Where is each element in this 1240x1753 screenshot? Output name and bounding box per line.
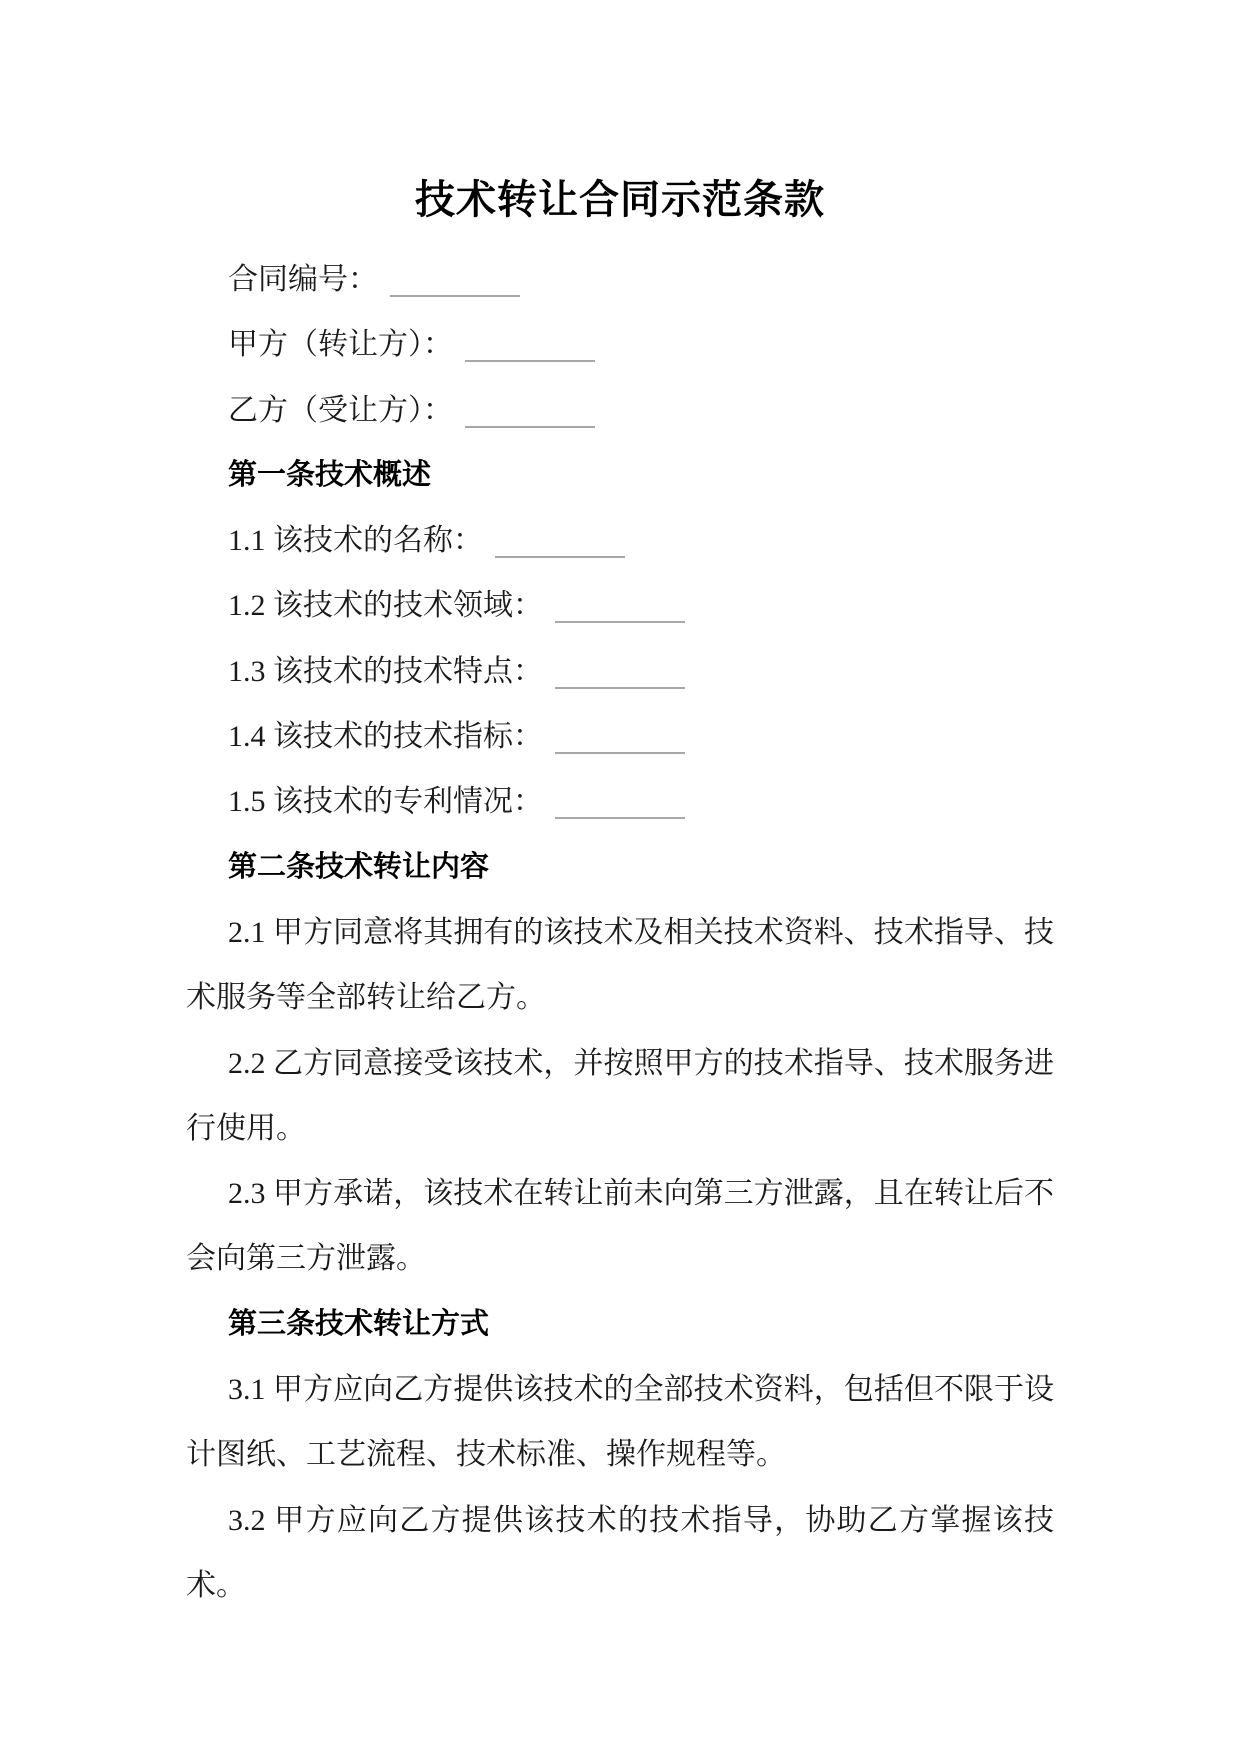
- paragraph-line: 术服务等全部转让给乙方。: [186, 965, 1054, 1030]
- field-line: 甲方（转让方）：: [186, 312, 1054, 377]
- line-text: 1.5 该技术的专利情况：: [228, 785, 543, 818]
- paragraph-line: 术。: [186, 1553, 1054, 1618]
- field-line: 合同编号：: [186, 247, 1054, 312]
- line-text: 计图纸、工艺流程、技术标准、操作规程等。: [186, 1438, 786, 1471]
- section-heading: 第一条技术概述: [186, 443, 1054, 508]
- line-text: 合同编号：: [228, 263, 378, 296]
- line-text: 甲方（转让方）：: [228, 328, 453, 361]
- document-body: 合同编号：甲方（转让方）：乙方（受让方）：第一条技术概述1.1 该技术的名称：1…: [186, 247, 1054, 1618]
- paragraph-line: 2.3 甲方承诺，该技术在转让前未向第三方泄露，且在转让后不: [186, 1161, 1054, 1226]
- blank-underline: [555, 722, 685, 754]
- document-page: 技术转让合同示范条款 合同编号：甲方（转让方）：乙方（受让方）：第一条技术概述1…: [0, 0, 1240, 1753]
- blank-underline: [555, 657, 685, 689]
- line-text: 3.2 甲方应向乙方提供该技术的技术指导，协助乙方掌握该技: [228, 1504, 1054, 1537]
- line-text: 乙方（受让方）：: [228, 394, 453, 427]
- line-text: 3.1 甲方应向乙方提供该技术的全部技术资料，包括但不限于设: [228, 1373, 1054, 1406]
- line-text: 1.4 该技术的技术指标：: [228, 720, 543, 753]
- line-text: 2.3 甲方承诺，该技术在转让前未向第三方泄露，且在转让后不: [228, 1177, 1054, 1210]
- field-line: 1.5 该技术的专利情况：: [186, 769, 1054, 834]
- line-text: 会向第三方泄露。: [186, 1242, 426, 1275]
- field-line: 乙方（受让方）：: [186, 378, 1054, 443]
- line-text: 术。: [186, 1569, 246, 1602]
- line-text: 第一条技术概述: [228, 459, 431, 491]
- document-title: 技术转让合同示范条款: [186, 167, 1054, 233]
- field-line: 1.4 该技术的技术指标：: [186, 704, 1054, 769]
- line-text: 1.1 该技术的名称：: [228, 524, 483, 557]
- field-line: 1.2 该技术的技术领域：: [186, 573, 1054, 638]
- paragraph-line: 2.2 乙方同意接受该技术，并按照甲方的技术指导、技术服务进: [186, 1031, 1054, 1096]
- blank-underline: [465, 330, 595, 362]
- field-line: 1.3 该技术的技术特点：: [186, 639, 1054, 704]
- blank-underline: [555, 591, 685, 623]
- line-text: 行使用。: [186, 1112, 306, 1145]
- paragraph-line: 会向第三方泄露。: [186, 1226, 1054, 1291]
- line-text: 术服务等全部转让给乙方。: [186, 981, 546, 1014]
- line-text: 第三条技术转让方式: [228, 1308, 489, 1340]
- paragraph-line: 3.1 甲方应向乙方提供该技术的全部技术资料，包括但不限于设: [186, 1357, 1054, 1422]
- line-text: 1.3 该技术的技术特点：: [228, 655, 543, 688]
- blank-underline: [495, 526, 625, 558]
- blank-underline: [390, 265, 520, 297]
- line-text: 1.2 该技术的技术领域：: [228, 589, 543, 622]
- line-text: 第二条技术转让内容: [228, 851, 489, 883]
- blank-underline: [555, 787, 685, 819]
- paragraph-line: 3.2 甲方应向乙方提供该技术的技术指导，协助乙方掌握该技: [186, 1488, 1054, 1553]
- section-heading: 第二条技术转让内容: [186, 835, 1054, 900]
- line-text: 2.2 乙方同意接受该技术，并按照甲方的技术指导、技术服务进: [228, 1047, 1054, 1080]
- paragraph-line: 计图纸、工艺流程、技术标准、操作规程等。: [186, 1422, 1054, 1487]
- contract-document: 技术转让合同示范条款 合同编号：甲方（转让方）：乙方（受让方）：第一条技术概述1…: [0, 0, 1240, 1753]
- paragraph-line: 行使用。: [186, 1096, 1054, 1161]
- blank-underline: [465, 396, 595, 428]
- line-text: 2.1 甲方同意将其拥有的该技术及相关技术资料、技术指导、技: [228, 916, 1054, 949]
- field-line: 1.1 该技术的名称：: [186, 508, 1054, 573]
- paragraph-line: 2.1 甲方同意将其拥有的该技术及相关技术资料、技术指导、技: [186, 900, 1054, 965]
- section-heading: 第三条技术转让方式: [186, 1292, 1054, 1357]
